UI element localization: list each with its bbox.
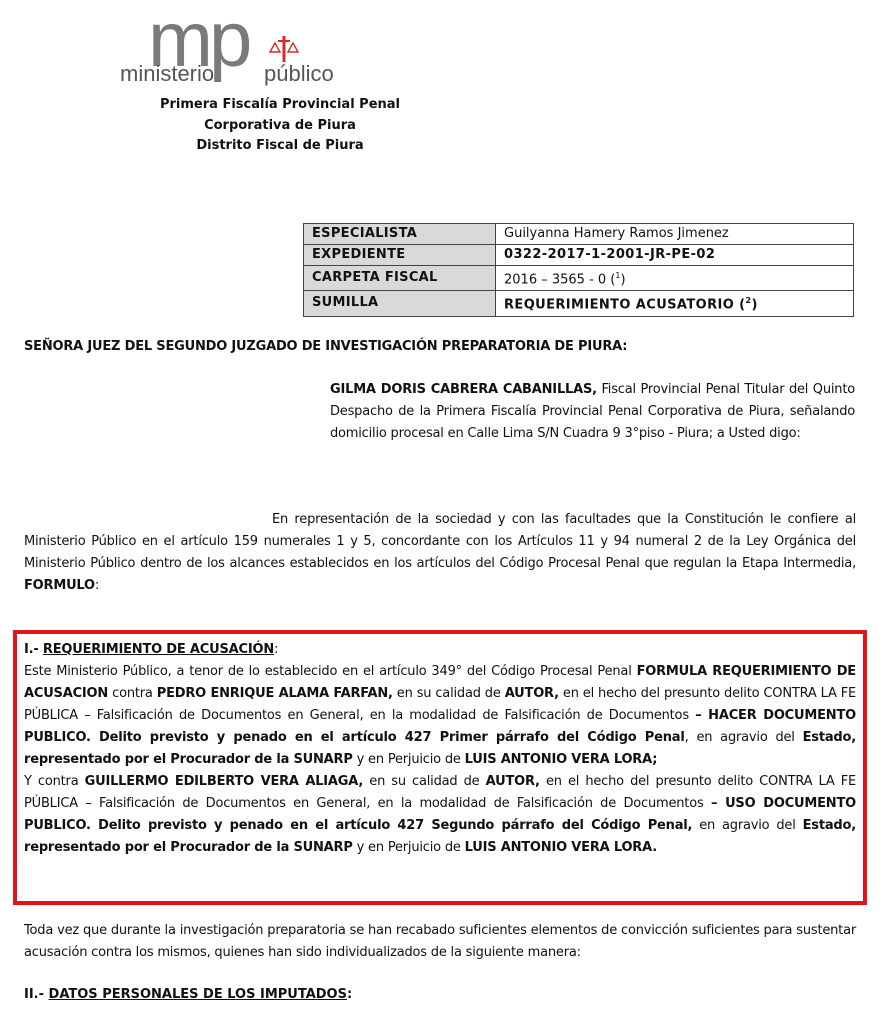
table-row: CARPETA FISCAL 2016 – 3565 - 0 (1) [304, 266, 854, 291]
office-heading: Primera Fiscalía Provincial Penal Corpor… [140, 95, 420, 157]
case-info-table: ESPECIALISTA Guilyanna Hamery Ramos Jime… [303, 223, 854, 317]
table-row: ESPECIALISTA Guilyanna Hamery Ramos Jime… [304, 224, 854, 245]
bold-text: PEDRO ENRIQUE ALAMA FARFAN, [157, 686, 393, 701]
text: y en Perjuicio de [353, 840, 465, 855]
text: en agravio del [692, 818, 802, 833]
text: Este Ministerio Público, a tenor de lo e… [24, 664, 637, 679]
label-sumilla: SUMILLA [304, 291, 496, 316]
label-expediente: EXPEDIENTE [304, 245, 496, 266]
bold-text: LUIS ANTONIO VERA LORA; [465, 752, 658, 767]
representation-paragraph: En representación de la sociedad y con l… [24, 509, 856, 597]
text: Y contra [24, 774, 85, 789]
accusation-paragraph-2: Y contra GUILLERMO EDILBERTO VERA ALIAGA… [24, 771, 856, 859]
scales-of-justice-icon [264, 34, 304, 64]
label-especialista: ESPECIALISTA [304, 224, 496, 245]
bold-text: AUTOR, [505, 686, 559, 701]
addressee: SEÑORA JUEZ DEL SEGUNDO JUZGADO DE INVES… [24, 339, 627, 354]
office-line: Distrito Fiscal de Piura [140, 136, 420, 157]
text: , en agravio del [685, 730, 803, 745]
section-requerimiento: I.- REQUERIMIENTO DE ACUSACIÓN: Este Min… [24, 639, 856, 859]
fiscal-name: GILMA DORIS CABRERA CABANILLAS, [330, 382, 597, 397]
value-expediente: 0322-2017-1-2001-JR-PE-02 [496, 245, 854, 266]
office-line: Primera Fiscalía Provincial Penal [140, 95, 420, 116]
bold-text: GUILLERMO EDILBERTO VERA ALIAGA, [85, 774, 363, 789]
section-heading: I.- REQUERIMIENTO DE ACUSACIÓN: [24, 639, 856, 661]
text: y en Perjuicio de [353, 752, 465, 767]
bold-text: AUTOR, [486, 774, 540, 789]
section-datos-personales-heading: II.- DATOS PERSONALES DE LOS IMPUTADOS: [24, 987, 352, 1002]
text: en su calidad de [393, 686, 505, 701]
text: en su calidad de [363, 774, 486, 789]
bold-text: LUIS ANTONIO VERA LORA. [465, 840, 657, 855]
logo-word-ministerio: ministerio [120, 62, 214, 86]
fiscal-paragraph: GILMA DORIS CABRERA CABANILLAS, Fiscal P… [330, 379, 855, 445]
logo-word-publico: público [264, 62, 334, 86]
label-carpeta-fiscal: CARPETA FISCAL [304, 266, 496, 291]
text: contra [108, 686, 157, 701]
accusation-paragraph-1: Este Ministerio Público, a tenor de lo e… [24, 661, 856, 771]
value-carpeta-fiscal: 2016 – 3565 - 0 (1) [496, 266, 854, 291]
table-row: SUMILLA REQUERIMIENTO ACUSATORIO (2) [304, 291, 854, 316]
value-sumilla: REQUERIMIENTO ACUSATORIO (2) [496, 291, 854, 316]
followup-paragraph: Toda vez que durante la investigación pr… [24, 920, 856, 964]
office-line: Corporativa de Piura [140, 116, 420, 137]
ministerio-publico-logo: mp ministerio público [118, 14, 368, 90]
table-row: EXPEDIENTE 0322-2017-1-2001-JR-PE-02 [304, 245, 854, 266]
value-especialista: Guilyanna Hamery Ramos Jimenez [496, 224, 854, 245]
